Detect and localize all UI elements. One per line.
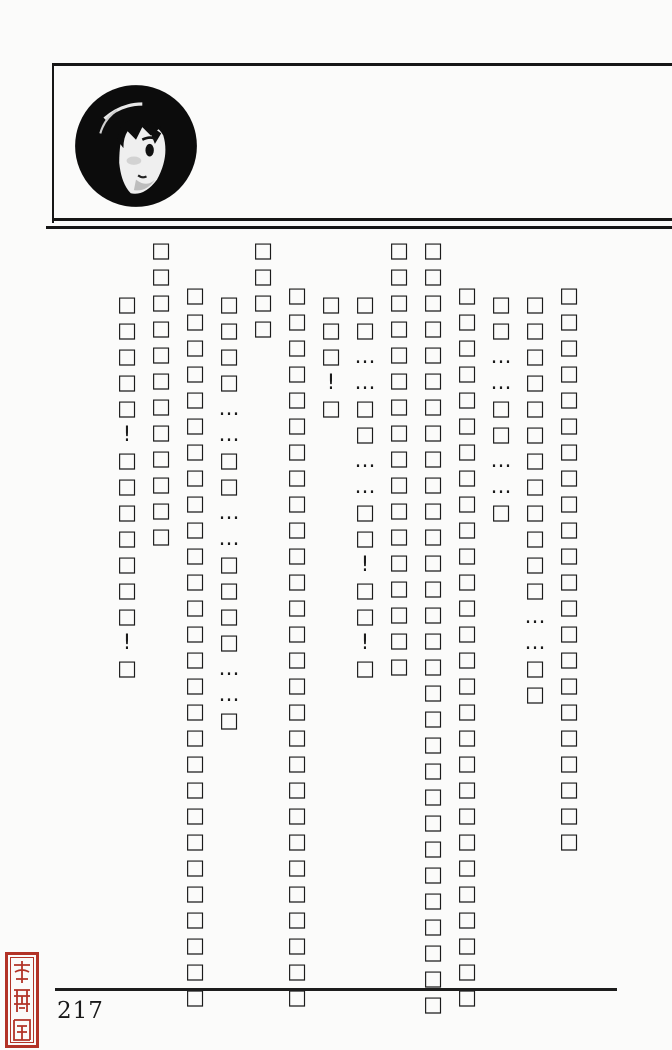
text-column: □□□□□□□□□□□□□□□□□□□□□□□□□□□□□□ [416, 238, 450, 983]
text-column: □□□!□ [314, 238, 348, 983]
text-column: □□□□□□□□□□□□□□□□□□□□□□□□□□□□ [280, 238, 314, 983]
text-column: □□□□ [246, 238, 280, 983]
text-columns: □□□□□□□□□□□□□□□□□□□□□□□□□□□□□□□□□□……□□□□… [110, 238, 586, 983]
text-column: □□……□□……□□!□□!□ [348, 238, 382, 983]
header-rule-left [52, 63, 54, 223]
header-rule-bottom-outer [52, 218, 672, 221]
footer-rule [55, 988, 617, 991]
text-column: □□□□□□□□□□□□□□□□□□□□□□□□□□□□ [178, 238, 212, 983]
scanned-book-page: { "page": { "number": "217", "background… [0, 0, 672, 1050]
text-column: □□□□□□□□□□□□……□□ [518, 238, 552, 983]
text-column: □□□□□!□□□□□□□!□ [110, 238, 144, 983]
seal-glyphs [14, 961, 30, 1040]
header-rule-top [52, 63, 672, 66]
text-column: □□□□……□□……□□□□……□ [212, 238, 246, 983]
text-column: □□……□□……□ [484, 238, 518, 983]
text-column: □□□□□□□□□□□□ [144, 238, 178, 983]
text-column: □□□□□□□□□□□□□□□□□ [382, 238, 416, 983]
page-number: 217 [57, 998, 104, 1024]
text-column: □□□□□□□□□□□□□□□□□□□□□□□□□□□□ [450, 238, 484, 983]
seal-stamp-icon [5, 952, 39, 1048]
manga-girl-face-icon [73, 83, 199, 209]
text-column: □□□□□□□□□□□□□□□□□□□□□□ [552, 238, 586, 983]
header-rule-bottom-inner [46, 226, 672, 229]
